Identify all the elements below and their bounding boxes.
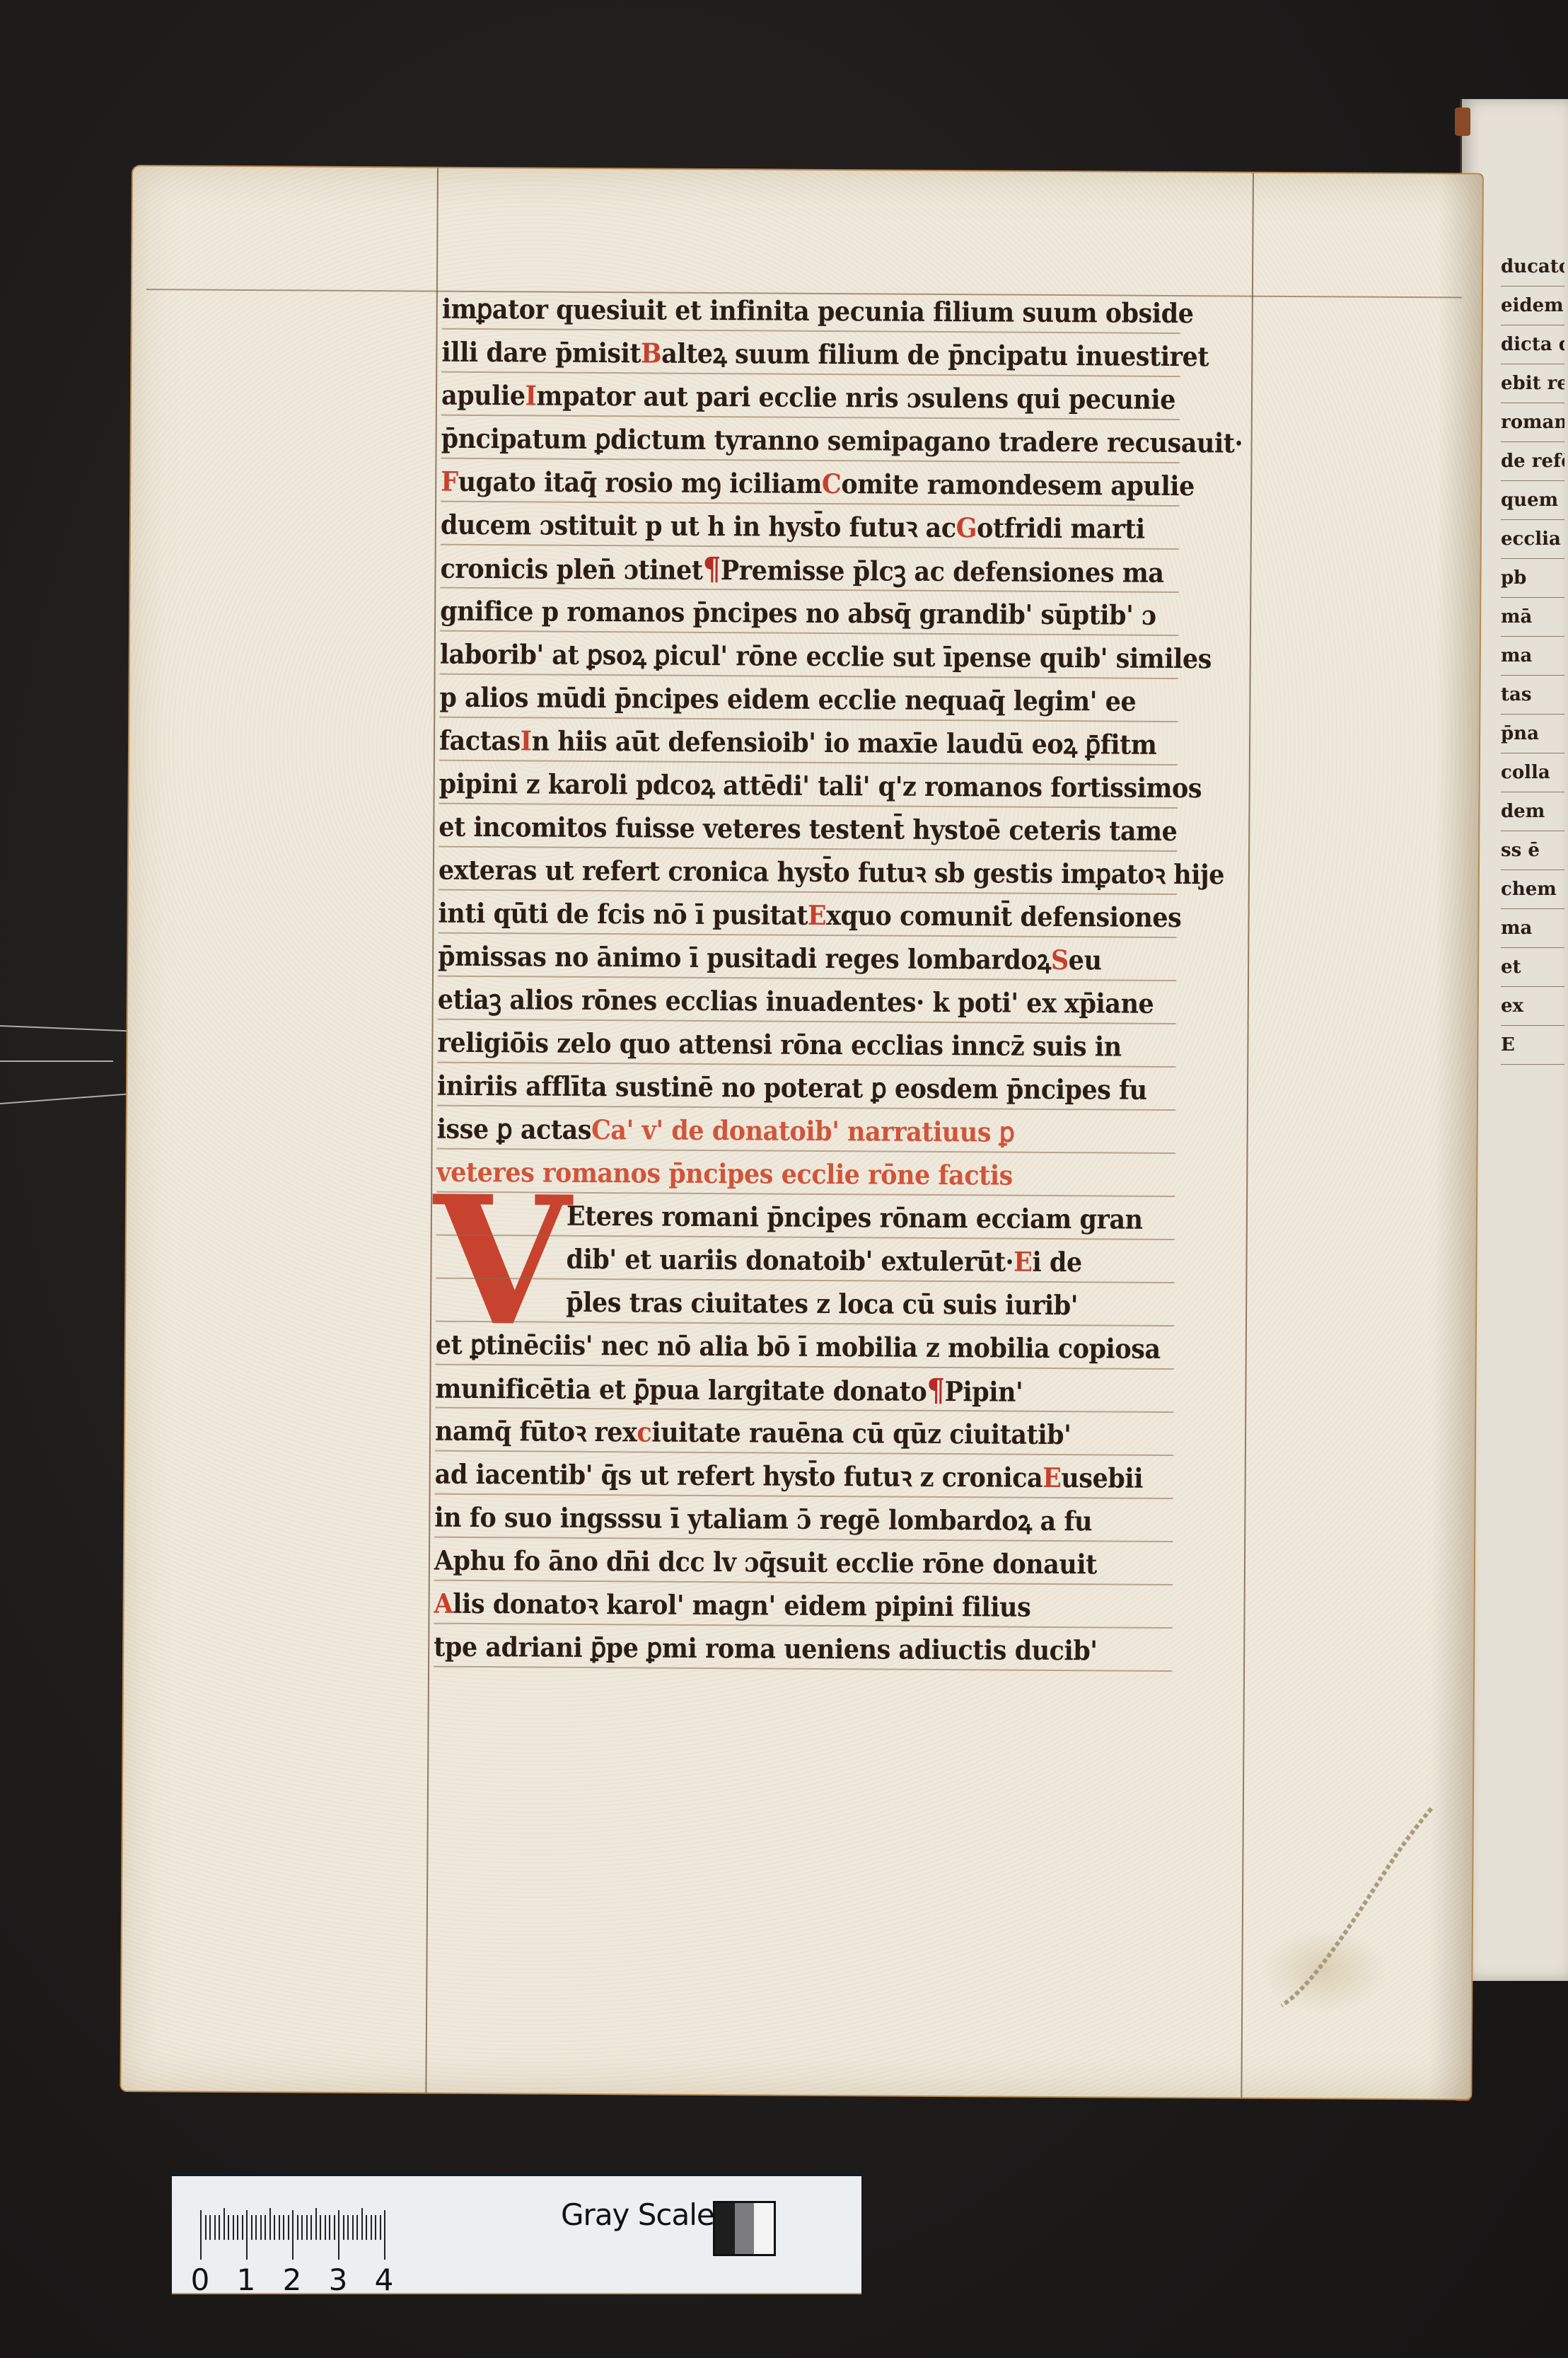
rubricated-segment: G (956, 512, 977, 543)
rubricated-segment: veteres romanos p̄ncipes ecclie rōne fac… (436, 1156, 1013, 1191)
rubricated-segment: Ca' v' de donatoib' narratiuus ꝑ (591, 1114, 1015, 1148)
ruler-tick (380, 2215, 381, 2240)
manuscript-line: gnifice p romanos p̄ncipes no absq̄ gran… (440, 589, 1179, 637)
manuscript-line: etiaꝫ alios rōnes ecclias inuadentes· k … (438, 978, 1177, 1025)
manuscript-line: Alis donatoꝛ karol' magn' eidem pipini f… (434, 1582, 1173, 1629)
parchment-damage (1239, 1793, 1467, 2035)
ruler-tick (246, 2210, 248, 2260)
text-segment: lis donatoꝛ karol' magn' eidem pipini fi… (453, 1582, 1030, 1629)
ruler-tick (228, 2215, 229, 2240)
gray-swatch (735, 2203, 755, 2254)
ruler-tick (352, 2215, 354, 2240)
manuscript-line: imꝑator quesiuit et infinita pecunia fil… (442, 287, 1181, 335)
rubricated-segment: I (525, 379, 536, 411)
manuscript-page: V imꝑator quesiuit et infinita pecunia f… (121, 166, 1482, 2099)
rubricated-segment: ¶ (702, 551, 721, 587)
ruler-tick (209, 2215, 211, 2240)
adjacent-page-fragment: ecclia (1501, 520, 1564, 559)
ruler-tick (200, 2210, 202, 2260)
adjacent-page-fragment: ex (1501, 987, 1564, 1026)
ruler-tick (384, 2210, 385, 2260)
adjacent-page-fragment: ss ē (1501, 831, 1564, 870)
ruler-tick (325, 2215, 326, 2240)
ruler-tick (375, 2215, 376, 2240)
ruler-tick (301, 2215, 303, 2240)
manuscript-line: ad iacentib' q̄s ut refert hyst̄o futuꝛ … (435, 1452, 1174, 1500)
adjacent-page-text: ducatoꝫeidem ecdicta dcebit remromanōde … (1501, 248, 1564, 1065)
text-segment: n hiis aūt defensioib' io maxīe laudū eo… (531, 719, 1156, 765)
ruler-tick (320, 2215, 321, 2240)
binding-leather-top (1455, 108, 1470, 136)
adjacent-page-fragment: ebit rem (1501, 364, 1564, 403)
text-segment: p alios mūdi p̄ncipes eidem ecclie nequa… (439, 676, 1136, 723)
text-segment: ducem ɔstituit p ut h in hyst̄o futuꝛ ac (441, 503, 956, 549)
ruler-tick (237, 2215, 238, 2240)
adjacent-page-fragment: quem (1501, 481, 1564, 520)
ruler-tick (356, 2215, 358, 2240)
adjacent-page-fragment: romanō (1501, 403, 1564, 442)
gray-swatch (754, 2203, 774, 2254)
text-segment: mpator aut pari ecclie nris ɔsulens qui … (536, 374, 1175, 421)
color-scale-target: 01234 Gray Scale (172, 2174, 861, 2293)
adjacent-page-fragment: ducatoꝫ (1501, 248, 1564, 287)
ruler-tick (371, 2215, 372, 2240)
manuscript-line: veteres romanos p̄ncipes ecclie rōne fac… (436, 1150, 1175, 1198)
ruler-label: 4 (375, 2262, 394, 2297)
ruler-tick (265, 2215, 266, 2240)
manuscript-line: Eteres romani p̄ncipes rōnam ecciam gran (436, 1194, 1175, 1241)
rubricated-segment: S (1051, 944, 1069, 976)
text-segment: tpe adriani ꝑ̄pe ꝑmi roma ueniens adiuct… (434, 1625, 1098, 1672)
text-segment: Premisse p̄lcꝫ ac defensiones ma (721, 548, 1164, 594)
text-segment: etiaꝫ alios rōnes ecclias inuadentes· k … (438, 978, 1154, 1025)
text-segment: Aphu fo āno dn̄i dcc lv ɔq̄suit ecclie r… (434, 1539, 1097, 1586)
ruler-tick (283, 2215, 284, 2240)
manuscript-line: Fugato itaq̄ rosio mꝯ iciliam Comite ram… (441, 460, 1180, 507)
adjacent-page-fragment: et (1501, 948, 1564, 987)
rubricated-segment: B (641, 337, 661, 369)
text-segment: p̄les tras ciuitates z loca cū suis iuri… (566, 1281, 1078, 1327)
manuscript-line: apulie Impator aut pari ecclie nris ɔsul… (441, 374, 1180, 421)
manuscript-line: dib' et uariis donatoib' extulerūt· Ei d… (436, 1237, 1175, 1284)
text-segment: Pipin' (944, 1370, 1023, 1414)
manuscript-line: p̄ncipatum ꝑdictum tyranno semipagano tr… (441, 417, 1180, 464)
adjacent-page-fragment: chem (1501, 870, 1564, 909)
adjacent-page-fragment: de refē (1501, 442, 1564, 481)
text-segment: et ꝑtinēciis' nec nō alia bō ī mobilia z… (436, 1323, 1161, 1370)
ruler-label: 2 (283, 2262, 302, 2297)
manuscript-line: religiōis zelo quo attensi rōna ecclias … (437, 1021, 1176, 1068)
rubricated-segment: I (521, 724, 532, 756)
manuscript-line: p alios mūdi p̄ncipes eidem ecclie nequa… (439, 676, 1178, 723)
ruler-tick (223, 2208, 225, 2240)
text-segment: ad iacentib' q̄s ut refert hyst̄o futuꝛ … (435, 1452, 1043, 1499)
text-segment: isse ꝑ actas (437, 1107, 592, 1151)
rubricated-segment: F (441, 466, 458, 497)
manuscript-line: p̄missas no ānimo ī pusitadi reges lomba… (438, 935, 1177, 982)
manuscript-line: cronicis plen̄ ɔtinet ¶Premisse p̄lcꝫ ac… (440, 546, 1179, 594)
ruler-tick (233, 2215, 234, 2240)
ruler-tick (251, 2215, 252, 2240)
text-segment: factas (439, 719, 521, 763)
manuscript-line: namq̄ fūtoꝛ rex ciuitate rauēna cū qūz c… (435, 1409, 1174, 1457)
ruler-label: 0 (191, 2262, 210, 2297)
adjacent-page-fragment: tas (1501, 676, 1564, 715)
rubricated-segment: c (637, 1416, 651, 1447)
text-segment: xquo comunit̄ defensiones (826, 894, 1182, 939)
manuscript-line: ducem ɔstituit p ut h in hyst̄o futuꝛ ac… (441, 503, 1180, 550)
text-segment: illi dare p̄misit (441, 330, 641, 375)
ruler-tick (306, 2215, 308, 2240)
text-segment: alteꝝ suum filium de p̄ncipatu inuestire… (661, 332, 1209, 378)
adjacent-page-fragment: E (1501, 1026, 1564, 1065)
manuscript-line: munificētia et ꝑ̄pua largitate donato ¶P… (435, 1366, 1174, 1414)
text-segment: pipini z karoli pdcoꝝ attēdi' tali' q'z … (439, 762, 1202, 810)
adjacent-page-fragment: colla (1501, 753, 1564, 792)
manuscript-line: Aphu fo āno dn̄i dcc lv ɔq̄suit ecclie r… (434, 1539, 1173, 1586)
text-segment: eu (1069, 938, 1102, 981)
ruler-tick (361, 2208, 363, 2240)
text-segment: religiōis zelo quo attensi rōna ecclias … (437, 1021, 1122, 1068)
manuscript-line: laborib' at ꝑsoꝝ ꝑicul' rōne ecclie sut … (440, 632, 1179, 680)
text-segment: iniriis afflīta sustinē no poterat ꝑ eos… (437, 1064, 1147, 1111)
text-segment: et incomitos fuisse veteres testent̄ hys… (439, 805, 1177, 853)
text-segment: otfridi marti (977, 506, 1145, 550)
ruler-tick (269, 2208, 271, 2240)
text-segment: namq̄ fūtoꝛ rex (435, 1409, 637, 1454)
manuscript-line: et ꝑtinēciis' nec nō alia bō ī mobilia z… (436, 1323, 1175, 1370)
rubricated-segment: A (434, 1588, 453, 1619)
manuscript-line: pipini z karoli pdcoꝝ attēdi' tali' q'z … (439, 762, 1178, 809)
text-segment: ugato itaq̄ rosio mꝯ iciliam (458, 460, 822, 505)
text-segment: p̄missas no ānimo ī pusitadi reges lomba… (438, 935, 1051, 981)
text-segment: omite ramondesem apulie (841, 462, 1195, 507)
ruler-tick (329, 2215, 330, 2240)
text-segment: apulie (441, 374, 525, 417)
manuscript-line: factas In hiis aūt defensioib' io maxīe … (439, 719, 1178, 766)
rubricated-segment: ¶ (927, 1372, 945, 1409)
centimetre-ruler: 01234 (200, 2197, 391, 2254)
text-segment: inti qūti de fcis nō ī pusitat (438, 891, 808, 937)
adjacent-page-fragment: eidem ec (1501, 287, 1564, 325)
ruler-tick (366, 2215, 367, 2240)
adjacent-page-fragment: mā (1501, 598, 1564, 637)
rubricated-segment: E (808, 899, 826, 931)
ruler-tick (274, 2215, 275, 2240)
text-segment: dib' et uariis donatoib' extulerūt· (566, 1237, 1014, 1283)
ruler-tick (288, 2215, 289, 2240)
rubricated-segment: E (1043, 1462, 1061, 1493)
text-segment: laborib' at ꝑsoꝝ ꝑicul' rōne ecclie sut … (440, 632, 1212, 681)
ruler-tick (260, 2215, 262, 2240)
adjacent-page-fragment: ma (1501, 909, 1564, 948)
ruler-label: 1 (237, 2262, 256, 2297)
gray-scale-swatches (713, 2201, 776, 2256)
rubricated-segment: C (822, 468, 842, 499)
text-segment: cronicis plen̄ ɔtinet (440, 547, 702, 591)
text-segment: gnifice p romanos p̄ncipes no absq̄ gran… (440, 589, 1156, 637)
text-segment: imꝑator quesiuit et infinita pecunia fil… (442, 287, 1194, 335)
manuscript-line: p̄les tras ciuitates z loca cū suis iuri… (436, 1280, 1175, 1327)
manuscript-line: et incomitos fuisse veteres testent̄ hys… (439, 805, 1178, 853)
ruler-tick (338, 2210, 339, 2260)
text-segment: usebii (1061, 1456, 1143, 1500)
text-segment: munificētia et ꝑ̄pua largitate donato (435, 1367, 927, 1413)
text-segment: i de (1032, 1240, 1082, 1283)
adjacent-page-fragment: dicta dc (1501, 325, 1564, 364)
text-segment: p̄ncipatum ꝑdictum tyranno semipagano tr… (441, 417, 1243, 465)
manuscript-line: illi dare p̄misit Balteꝝ suum filium de … (441, 330, 1180, 378)
ruler-tick (292, 2210, 294, 2260)
ruler-tick (315, 2208, 317, 2240)
gray-scale-label: Gray Scale (561, 2197, 714, 2232)
adjacent-page-fragment: p̄na (1501, 715, 1564, 753)
manuscript-line: iniriis afflīta sustinē no poterat ꝑ eos… (437, 1064, 1176, 1111)
rubricated-segment: E (1014, 1246, 1032, 1278)
text-segment: iuitate rauēna cū qūz ciuitatib' (651, 1411, 1071, 1457)
manuscript-line: exteras ut refert cronica hyst̄o futuꝛ s… (439, 848, 1178, 896)
gray-swatch (715, 2203, 735, 2254)
ruler-tick (347, 2215, 349, 2240)
ruler-tick (219, 2215, 220, 2240)
text-block: V imꝑator quesiuit et infinita pecunia f… (434, 287, 1245, 1673)
text-segment: in fo suo ingsssu ī ytaliam ɔ̄ regē lomb… (434, 1496, 1092, 1543)
manuscript-line: inti qūti de fcis nō ī pusitat Exquo com… (438, 891, 1177, 939)
ruler-tick (205, 2215, 207, 2240)
ruler-tick (343, 2215, 344, 2240)
ruler-label: 3 (329, 2262, 348, 2297)
adjacent-page-fragment: ma (1501, 637, 1564, 676)
manuscript-line: tpe adriani ꝑ̄pe ꝑmi roma ueniens adiuct… (434, 1625, 1173, 1672)
ruler-tick (334, 2215, 335, 2240)
ruler-tick (297, 2215, 298, 2240)
adjacent-page-fragment: pb (1501, 559, 1564, 598)
text-segment: exteras ut refert cronica hyst̄o futuꝛ s… (439, 848, 1224, 896)
ruler-tick (214, 2215, 216, 2240)
ruler-tick (255, 2215, 257, 2240)
ruler-tick (310, 2215, 312, 2240)
text-segment: Eteres romani p̄ncipes rōnam ecciam gran (567, 1194, 1143, 1241)
manuscript-line: in fo suo ingsssu ī ytaliam ɔ̄ regē lomb… (434, 1496, 1173, 1543)
ruler-tick (279, 2215, 280, 2240)
ruler-tick (242, 2215, 243, 2240)
adjacent-page-fragment: dem (1501, 792, 1564, 831)
manuscript-line: isse ꝑ actas Ca' v' de donatoib' narrati… (437, 1107, 1176, 1155)
